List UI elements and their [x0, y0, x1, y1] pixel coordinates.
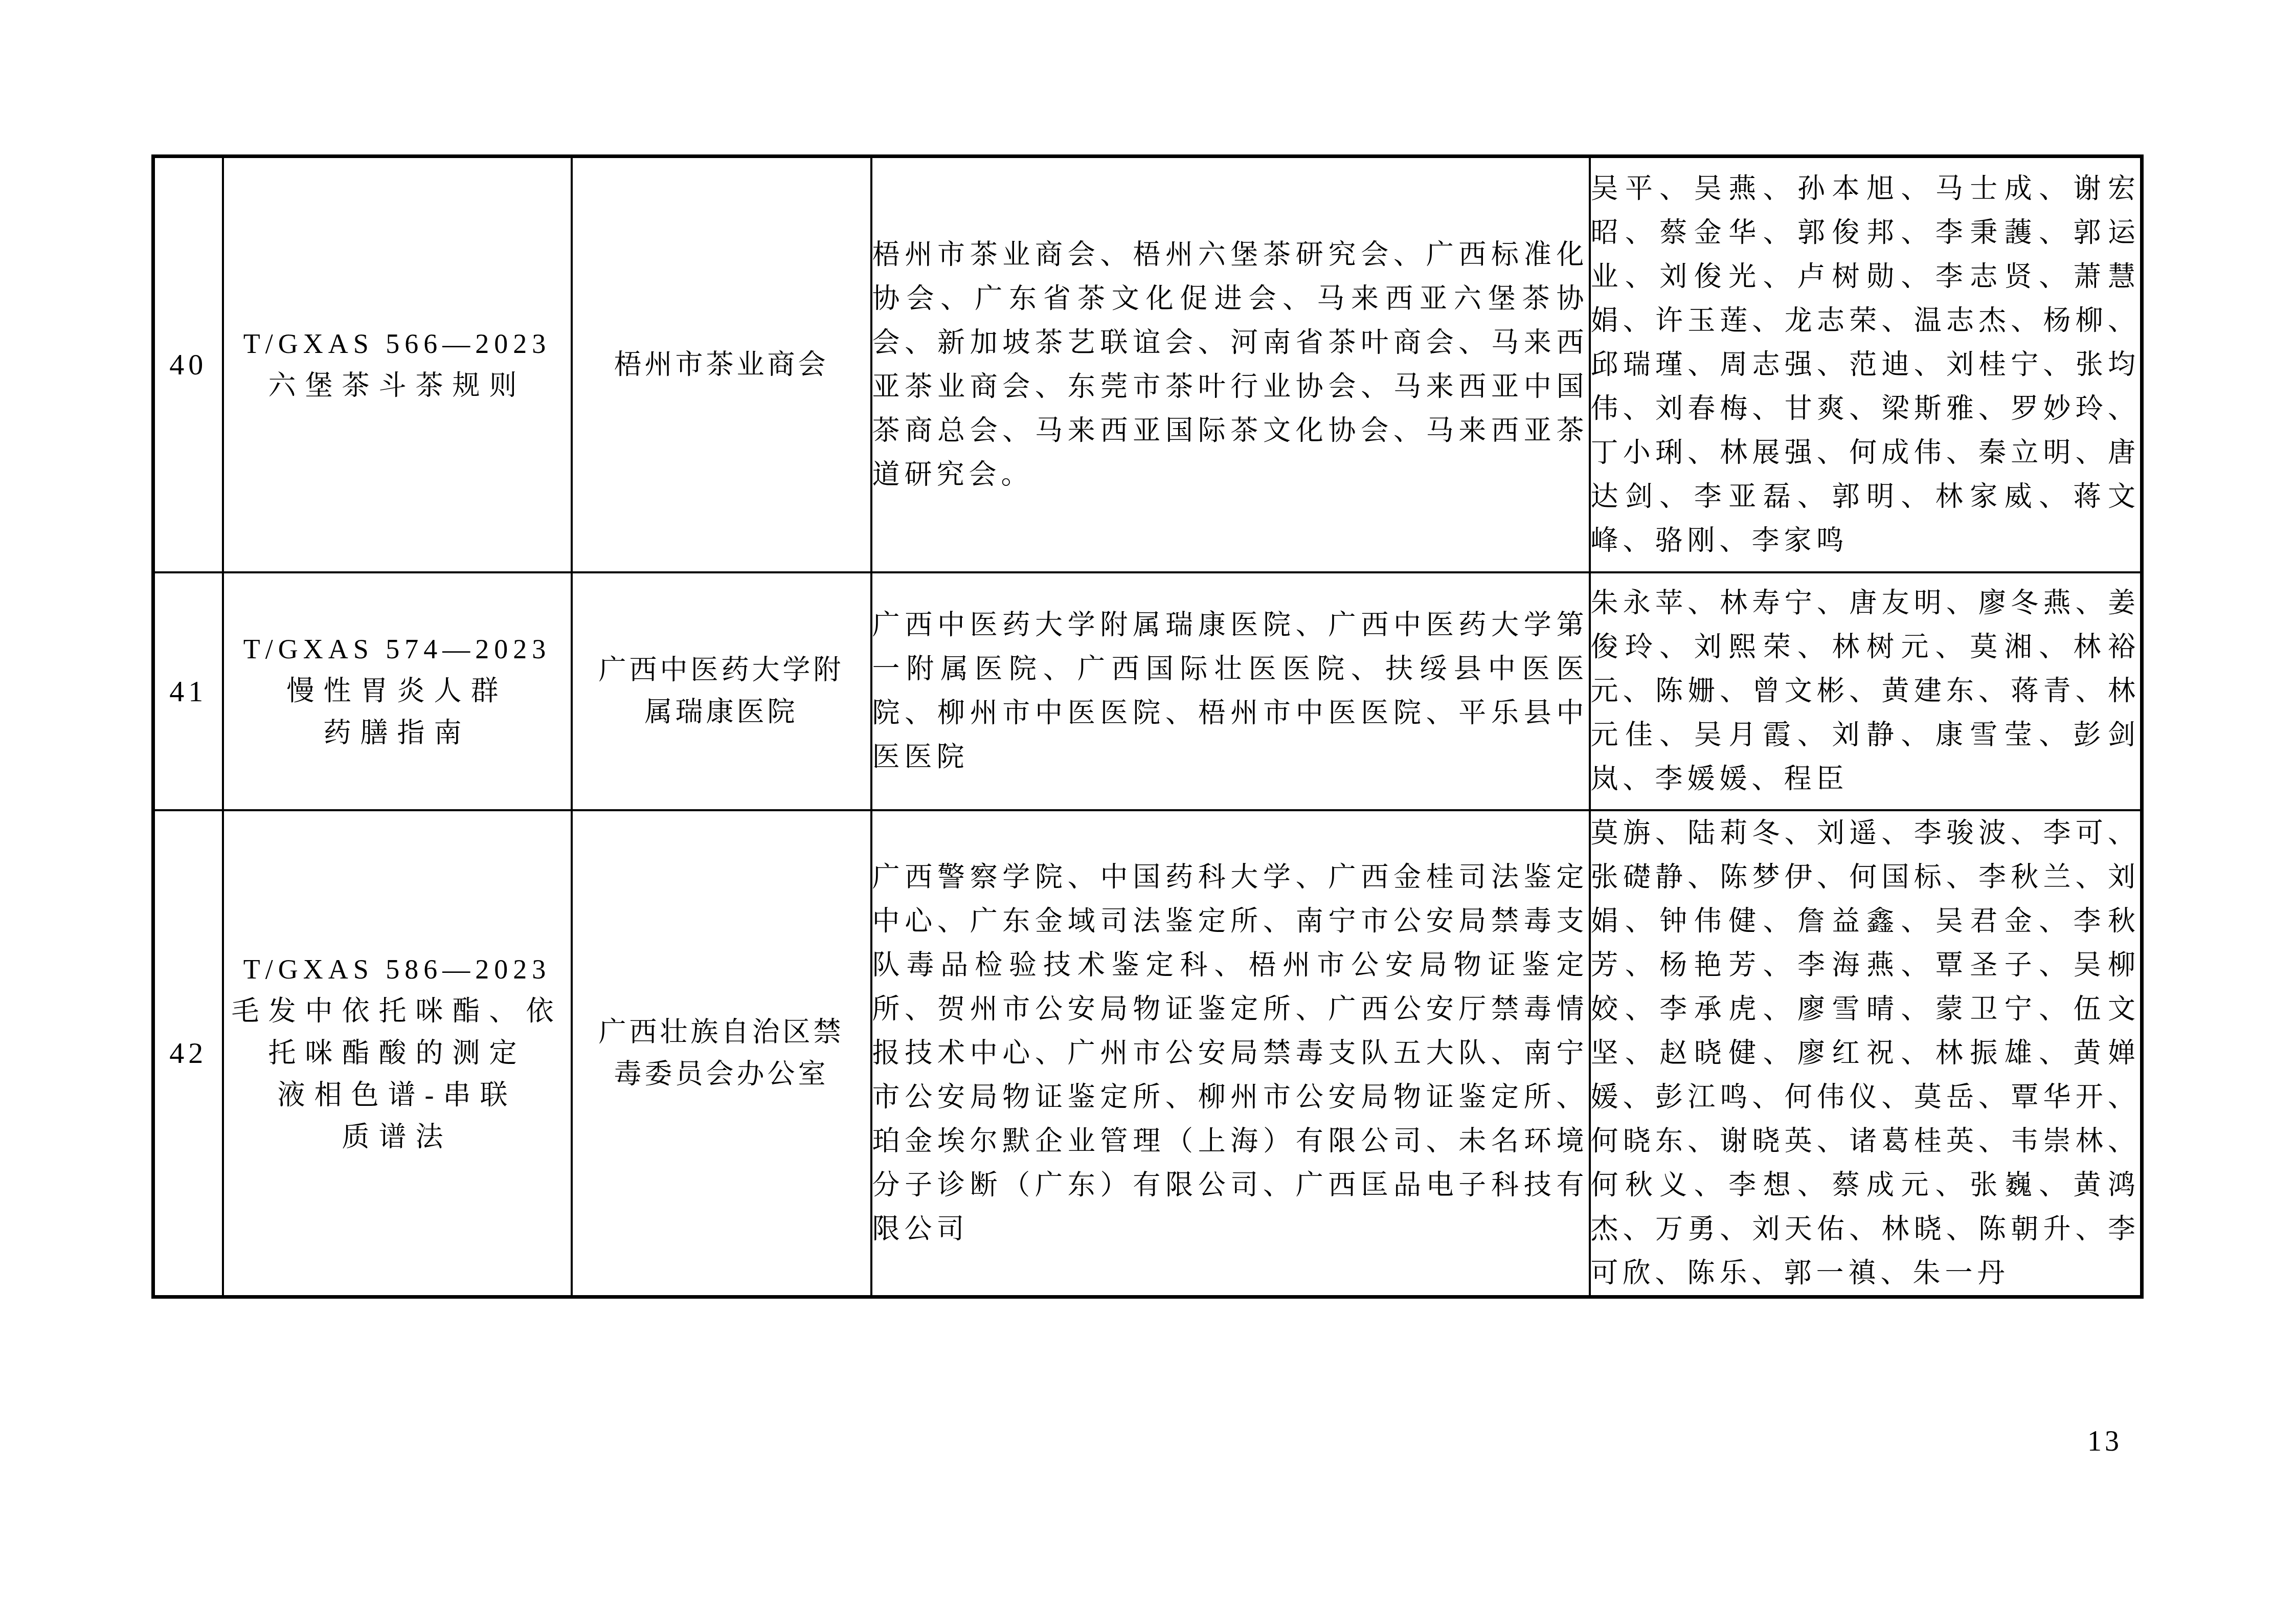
- standards-table: 40 T/GXAS 566—2023 六堡茶斗茶规则 梧州市茶业商会 梧州市茶业…: [151, 154, 2144, 1299]
- drafting-units: 梧州市茶业商会、梧州六堡茶研究会、广西标准化协会、广东省茶文化促进会、马来西亚六…: [872, 233, 1589, 497]
- drafters-cell: 吴平、吴燕、孙本旭、马士成、谢宏昭、蔡金华、郭俊邦、李秉䕶、郭运业、刘俊光、卢树…: [1590, 157, 2142, 572]
- page-number: 13: [2087, 1425, 2122, 1458]
- table-row: 42 T/GXAS 586—2023 毛发中依托咪酯、依 托咪酯酸的测定 液相色…: [153, 810, 2142, 1297]
- drafters-list: 莫旃、陆莉冬、刘遥、李骏波、李可、张礎静、陈梦伊、何国标、李秋兰、刘娟、钟伟健、…: [1591, 811, 2141, 1295]
- document-page: 40 T/GXAS 566—2023 六堡茶斗茶规则 梧州市茶业商会 梧州市茶业…: [0, 0, 2296, 1624]
- proposer-cell: 梧州市茶业商会: [572, 157, 871, 572]
- standard-cell: T/GXAS 566—2023 六堡茶斗茶规则: [223, 157, 572, 572]
- drafting-units-cell: 广西警察学院、中国药科大学、广西金桂司法鉴定中心、广东金域司法鉴定所、南宁市公安…: [871, 810, 1590, 1297]
- proposer-cell: 广西壮族自治区禁 毒委员会办公室: [572, 810, 871, 1297]
- drafting-units: 广西中医药大学附属瑞康医院、广西中医药大学第一附属医院、广西国际壮医医院、扶绥县…: [872, 603, 1589, 779]
- drafters-cell: 朱永苹、林寿宁、唐友明、廖冬燕、姜俊玲、刘熙荣、林树元、莫湘、林裕元、陈姗、曾文…: [1590, 572, 2142, 810]
- proposer-cell: 广西中医药大学附 属瑞康医院: [572, 572, 871, 810]
- table-row: 40 T/GXAS 566—2023 六堡茶斗茶规则 梧州市茶业商会 梧州市茶业…: [153, 157, 2142, 572]
- row-seq: 41: [155, 674, 222, 708]
- proposer-org: 梧州市茶业商会: [573, 344, 870, 386]
- drafting-units-cell: 梧州市茶业商会、梧州六堡茶研究会、广西标准化协会、广东省茶文化促进会、马来西亚六…: [871, 157, 1590, 572]
- standard-number: T/GXAS 586—2023: [224, 948, 571, 990]
- standard-title: 慢性胃炎人群 药膳指南: [224, 670, 571, 754]
- drafters-cell: 莫旃、陆莉冬、刘遥、李骏波、李可、张礎静、陈梦伊、何国标、李秋兰、刘娟、钟伟健、…: [1590, 810, 2142, 1297]
- seq-cell: 42: [153, 810, 223, 1297]
- standard-title: 六堡茶斗茶规则: [224, 365, 571, 407]
- seq-cell: 40: [153, 157, 223, 572]
- table-row: 41 T/GXAS 574—2023 慢性胃炎人群 药膳指南 广西中医药大学附 …: [153, 572, 2142, 810]
- proposer-org: 广西中医药大学附 属瑞康医院: [573, 649, 870, 733]
- proposer-org: 广西壮族自治区禁 毒委员会办公室: [573, 1011, 870, 1095]
- standard-number: T/GXAS 566—2023: [224, 323, 571, 365]
- row-seq: 40: [155, 347, 222, 382]
- standard-cell: T/GXAS 586—2023 毛发中依托咪酯、依 托咪酯酸的测定 液相色谱-串…: [223, 810, 572, 1297]
- standard-number: T/GXAS 574—2023: [224, 628, 571, 670]
- drafters-list: 吴平、吴燕、孙本旭、马士成、谢宏昭、蔡金华、郭俊邦、李秉䕶、郭运业、刘俊光、卢树…: [1591, 167, 2141, 563]
- seq-cell: 41: [153, 572, 223, 810]
- drafting-units: 广西警察学院、中国药科大学、广西金桂司法鉴定中心、广东金域司法鉴定所、南宁市公安…: [872, 855, 1589, 1251]
- row-seq: 42: [155, 1036, 222, 1070]
- drafters-list: 朱永苹、林寿宁、唐友明、廖冬燕、姜俊玲、刘熙荣、林树元、莫湘、林裕元、陈姗、曾文…: [1591, 581, 2141, 801]
- standard-title: 毛发中依托咪酯、依 托咪酯酸的测定 液相色谱-串联 质谱法: [224, 990, 571, 1158]
- drafting-units-cell: 广西中医药大学附属瑞康医院、广西中医药大学第一附属医院、广西国际壮医医院、扶绥县…: [871, 572, 1590, 810]
- standard-cell: T/GXAS 574—2023 慢性胃炎人群 药膳指南: [223, 572, 572, 810]
